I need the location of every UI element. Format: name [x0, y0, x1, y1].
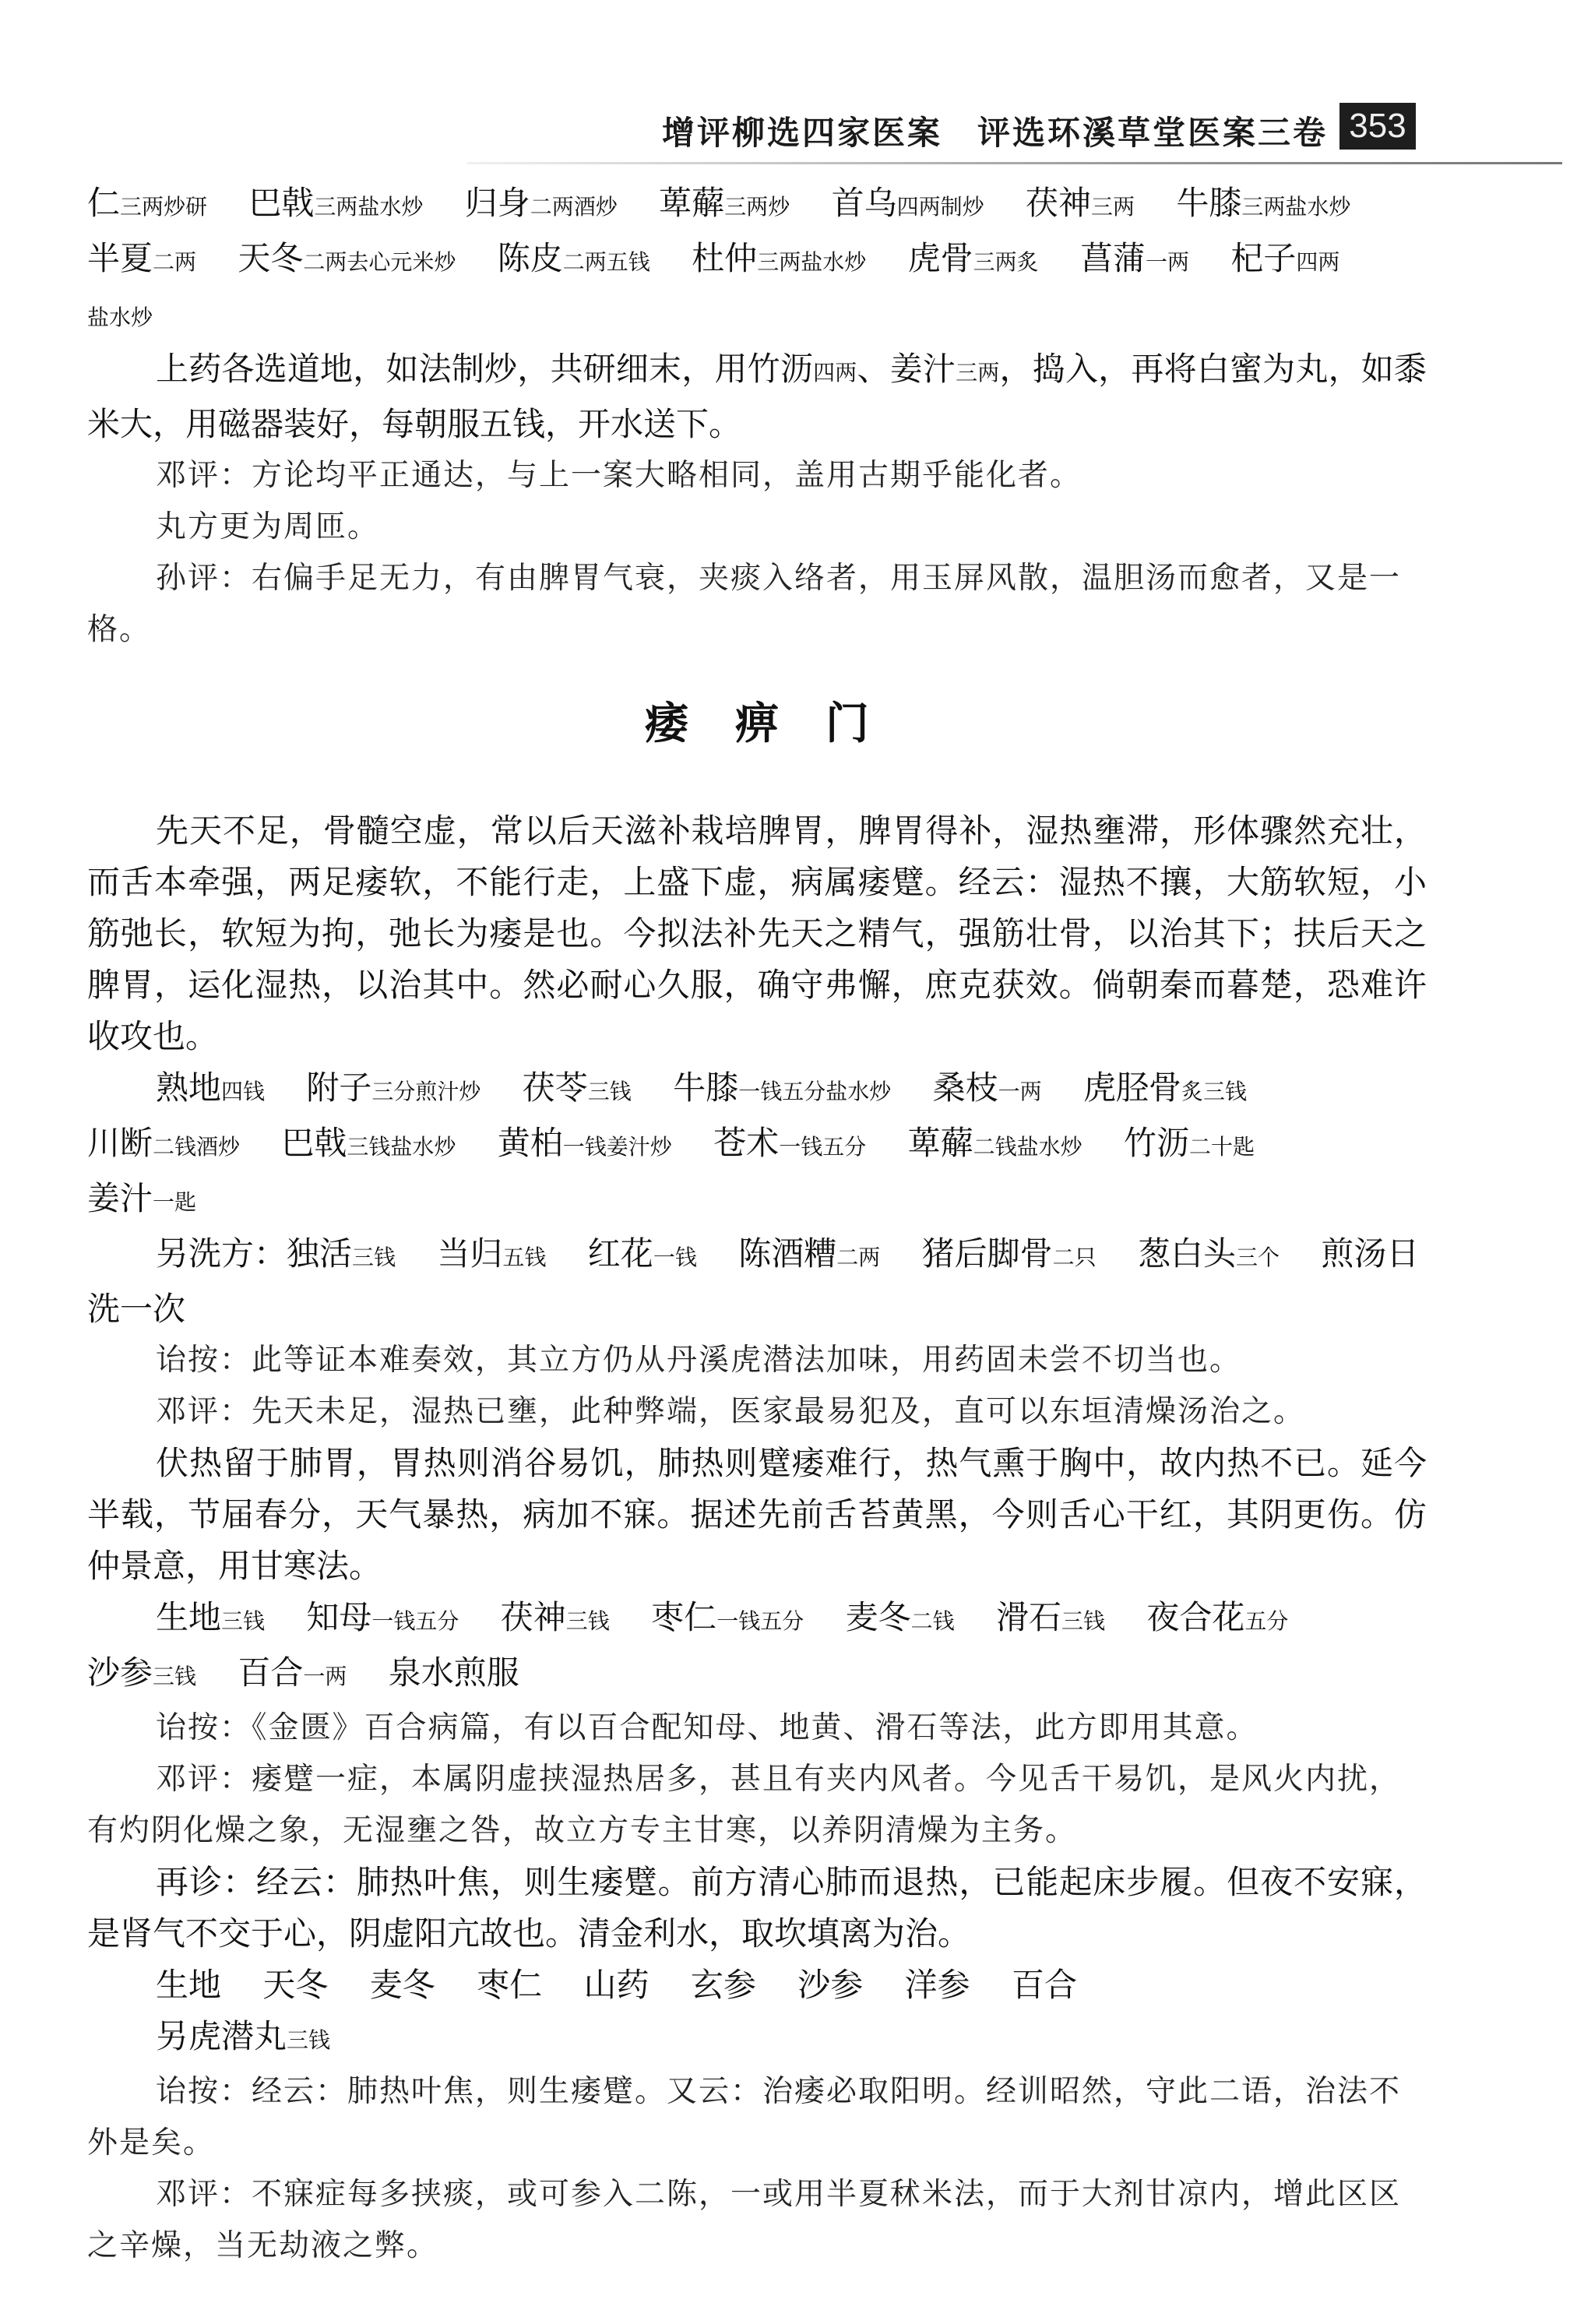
herb-dose: 三钱	[352, 1245, 396, 1270]
herb-name: 陈皮	[498, 239, 563, 277]
herb-name: 熟地	[156, 1069, 221, 1107]
herb-name: 竹沥	[1124, 1124, 1189, 1162]
herb-name: 枣仁	[651, 1598, 716, 1636]
herb-item: 归身二两酒炒	[465, 184, 618, 222]
herb-item: 杜仲三两盐水炒	[692, 239, 866, 277]
herb-dose: 二两去心元米炒	[303, 249, 456, 275]
revisit-herb-list: 生地 天冬 麦冬 枣仁 山药 玄参 沙参 洋参 百合	[87, 1960, 1427, 2011]
zhi-commentary: 诒按：此等证本难奏效，其立方仍从丹溪虎潜法加味，用药固未尝不切当也。	[87, 1335, 1427, 1386]
herb-item: 生地	[156, 1966, 221, 2004]
herb-item: 陈皮二两五钱	[498, 239, 650, 277]
herb-name: 菖蒲	[1080, 239, 1146, 277]
running-title: 增评柳选四家医案 评选环溪草堂医案三卷	[662, 107, 1328, 154]
herb-name: 洋参	[905, 1966, 970, 2004]
case-description: 伏热留于肺胃，胃热则消谷易饥，肺热则躄痿难行，热气熏于胸中，故内热不已。延今半载…	[87, 1438, 1427, 1592]
herb-item: 夜合花五分	[1146, 1598, 1288, 1636]
herb-item: 桑枝一两	[933, 1069, 1042, 1107]
herb-item: 陈酒糟二两	[738, 1234, 880, 1273]
herb-item: 茯神三钱	[501, 1598, 610, 1636]
herb-dose: 一钱五分	[371, 1608, 459, 1634]
herb-dose: 三钱	[153, 1664, 196, 1689]
herb-item: 沙参	[797, 1966, 863, 2004]
sun-commentary: 孙评：右偏手足无力，有由脾胃气衰，夹痰入络者，用玉屏风散，温胆汤而愈者，又是一格…	[87, 553, 1427, 656]
herb-item: 枣仁	[477, 1966, 542, 2004]
herb-name: 虎骨	[908, 239, 973, 277]
herb-name: 天冬	[262, 1966, 328, 2004]
herb-item: 牛膝一钱五分盐水炒	[673, 1069, 891, 1107]
herb-item: 萆薢二钱盐水炒	[908, 1124, 1082, 1162]
herb-name: 附子	[306, 1069, 371, 1107]
herb-item: 苍术一钱五分	[713, 1124, 866, 1162]
herb-list-line: 盐水炒	[87, 288, 1427, 343]
herb-dose: 一钱五分盐水炒	[738, 1079, 891, 1104]
herb-name: 巴戟	[248, 184, 314, 222]
herb-dose: 三两炒研	[120, 194, 207, 220]
herb-name: 牛膝	[673, 1069, 738, 1107]
herb-name: 萆薢	[659, 184, 724, 222]
herb-dose: 一钱	[653, 1245, 697, 1270]
herb-dose: 三两盐水炒	[757, 249, 866, 275]
herb-item: 滑石三钱	[996, 1598, 1105, 1636]
herb-dose: 一钱五分	[779, 1134, 866, 1160]
herb-item: 附子三分煎汁炒	[306, 1069, 481, 1107]
herb-name: 姜汁	[87, 1179, 153, 1217]
extra-pill: 另虎潜丸三钱	[87, 2011, 1427, 2066]
herb-name: 沙参	[797, 1966, 863, 2004]
herb-name: 麦冬	[370, 1966, 435, 2004]
herb-dose: 一钱五分	[716, 1608, 804, 1634]
herb-name: 玄参	[691, 1966, 756, 2004]
header-divider	[467, 162, 1562, 164]
herb-name: 当归	[437, 1234, 502, 1273]
herb-dose: 四两制炒	[897, 194, 984, 220]
herb-name: 虎胫骨	[1083, 1069, 1181, 1107]
herb-item: 猪后脚骨二只	[922, 1234, 1097, 1273]
herb-item: 洋参	[905, 1966, 970, 2004]
herb-item: 沙参三钱	[87, 1653, 196, 1692]
herb-name: 黄柏	[498, 1124, 563, 1162]
herb-name: 杜仲	[692, 239, 757, 277]
herb-item: 红花一钱	[588, 1234, 697, 1273]
section-heading: 痿痹门	[87, 693, 1427, 755]
prescription-instructions: 上药各选道地，如法制炒，共研细末，用竹沥四两、姜汁三两，捣入，再将白蜜为丸，如黍…	[87, 343, 1427, 450]
herb-item: 仁三两炒研	[87, 184, 207, 222]
herb-dose: 三钱盐水炒	[347, 1134, 456, 1160]
herb-name: 陈酒糟	[738, 1234, 836, 1273]
herb-name: 另虎潜丸	[156, 2017, 287, 2055]
herb-name: 茯神	[501, 1598, 566, 1636]
instructions-text: 上药各选道地，如法制炒，共研细末，用竹沥	[156, 350, 813, 388]
deng-commentary: 邓评：方论均平正通达，与上一案大略相同，盖用古期乎能化者。	[87, 450, 1427, 502]
herb-name: 半夏	[87, 239, 153, 277]
page-number-badge: 353	[1339, 103, 1416, 150]
herb-item: 当归五钱	[437, 1234, 546, 1273]
herb-name: 首乌	[832, 184, 897, 222]
herb-name: 仁	[87, 184, 120, 222]
page-body: 仁三两炒研 巴戟三两盐水炒 归身二两酒炒 萆薢三两炒 首乌四两制炒 茯神三两 牛…	[87, 178, 1427, 2272]
herb-item: 牛膝三两盐水炒	[1176, 184, 1350, 222]
herb-dose: 三钱	[588, 1079, 632, 1104]
herb-name: 滑石	[996, 1598, 1061, 1636]
herb-item: 山药	[584, 1966, 649, 2004]
herb-dose: 二十匙	[1189, 1134, 1255, 1160]
herb-list: 熟地四钱 附子三分煎汁炒 茯苓三钱 牛膝一钱五分盐水炒 桑枝一两 虎胫骨炙三钱 …	[87, 1062, 1427, 1228]
herb-item: 杞子四两	[1230, 239, 1339, 277]
herb-name: 牛膝	[1176, 184, 1241, 222]
herb-dose: 一两	[303, 1664, 347, 1689]
herb-dose: 四两	[813, 360, 857, 386]
herb-dose: 三钱	[1061, 1608, 1105, 1634]
deng-commentary: 邓评：先天未足，湿热已壅，此种弊端，医家最易犯及，直可以东垣清燥汤治之。	[87, 1386, 1427, 1438]
herb-name: 杞子	[1230, 239, 1296, 277]
herb-list-line: 半夏二两 天冬二两去心元米炒 陈皮二两五钱 杜仲三两盐水炒 虎骨三两炙 菖蒲一两…	[87, 233, 1427, 288]
herb-name: 沙参	[87, 1653, 153, 1692]
herb-dose: 炙三钱	[1181, 1079, 1247, 1104]
herb-dose: 二钱盐水炒	[973, 1134, 1082, 1160]
herb-item: 巴戟三钱盐水炒	[281, 1124, 456, 1162]
herb-item: 独活三钱	[287, 1234, 396, 1273]
herb-dose: 二两	[153, 249, 196, 275]
herb-item: 天冬二两去心元米炒	[238, 239, 456, 277]
herb-list: 生地三钱 知母一钱五分 茯神三钱 枣仁一钱五分 麦冬二钱 滑石三钱 夜合花五分 …	[87, 1592, 1427, 1703]
case-description: 先天不足，骨髓空虚，常以后天滋补栽培脾胃，脾胃得补，湿热壅滞，形体骤然充壮，而舌…	[87, 805, 1427, 1062]
herb-item: 茯神三两	[1026, 184, 1135, 222]
herb-dose: 二两酒炒	[530, 194, 618, 220]
herb-name: 百合	[238, 1653, 303, 1692]
herb-item: 麦冬二钱	[846, 1598, 955, 1636]
herb-dose: 五钱	[502, 1245, 546, 1270]
herb-item: 玄参	[691, 1966, 756, 2004]
herb-name: 天冬	[238, 239, 303, 277]
herb-dose: 四两	[1296, 249, 1339, 275]
herb-item: 生地三钱	[156, 1598, 265, 1636]
herb-dose: 三分煎汁炒	[371, 1079, 481, 1104]
herb-item: 首乌四两制炒	[832, 184, 984, 222]
herb-dose: 二只	[1053, 1245, 1097, 1270]
zhi-commentary: 诒按：经云：肺热叶焦，则生痿躄。又云：治痿必取阳明。经训昭然，守此二语，治法不外…	[87, 2066, 1427, 2169]
herb-dose: 二钱酒炒	[153, 1134, 240, 1160]
prescription-label: 另洗方：	[156, 1234, 287, 1273]
herb-item: 虎骨三两炙	[908, 239, 1039, 277]
herb-name: 归身	[465, 184, 530, 222]
herb-dose: 三两盐水炒	[314, 194, 423, 220]
herb-dose: 二两	[836, 1245, 880, 1270]
herb-name: 桑枝	[933, 1069, 998, 1107]
herb-dose: 二两五钱	[563, 249, 650, 275]
herb-dose: 三钱	[566, 1608, 610, 1634]
herb-dose: 一钱姜汁炒	[563, 1134, 672, 1160]
herb-item: 虎胫骨炙三钱	[1083, 1069, 1247, 1107]
herb-name: 独活	[287, 1234, 352, 1273]
herb-name: 巴戟	[281, 1124, 347, 1162]
herb-item: 川断二钱酒炒	[87, 1124, 240, 1162]
herb-dose: 三两	[956, 360, 999, 386]
herb-name: 夜合花	[1146, 1598, 1244, 1636]
herb-dose: 三两盐水炒	[1241, 194, 1350, 220]
herb-dose: 三个	[1236, 1245, 1280, 1270]
herb-name: 红花	[588, 1234, 653, 1273]
herb-item: 半夏二两	[87, 239, 196, 277]
herb-dose: 一两	[1146, 249, 1189, 275]
herb-name: 山药	[584, 1966, 649, 2004]
herb-item: 百合	[1012, 1966, 1077, 2004]
herb-name: 麦冬	[846, 1598, 911, 1636]
herb-item: 茯苓三钱	[523, 1069, 632, 1107]
herb-name: 茯苓	[523, 1069, 588, 1107]
herb-item: 竹沥二十匙	[1124, 1124, 1255, 1162]
herb-name: 茯神	[1026, 184, 1091, 222]
herb-name: 苍术	[713, 1124, 779, 1162]
herb-name: 百合	[1012, 1966, 1077, 2004]
herb-item: 黄柏一钱姜汁炒	[498, 1124, 672, 1162]
revisit-description: 再诊：经云：肺热叶焦，则生痿躄。前方清心肺而退热，已能起床步履。但夜不安寐，是肾…	[87, 1857, 1427, 1960]
herb-item: 天冬	[262, 1966, 328, 2004]
deng-commentary: 邓评：不寐症每多挟痰，或可参入二陈，一或用半夏秫米法，而于大剂甘凉内，增此区区之…	[87, 2169, 1427, 2272]
herb-item: 萆薢三两炒	[659, 184, 790, 222]
herb-item: 熟地四钱	[156, 1069, 265, 1107]
herb-item: 葱白头三个	[1138, 1234, 1280, 1273]
herb-name: 枣仁	[477, 1966, 542, 2004]
herb-name: 萆薢	[908, 1124, 973, 1162]
herb-dose: 一两	[998, 1079, 1042, 1104]
zhi-commentary: 诒按：《金匮》百合病篇，有以百合配知母、地黄、滑石等法，此方即用其意。	[87, 1703, 1427, 1754]
herb-item: 姜汁一匙	[87, 1179, 196, 1217]
herb-name: 生地	[156, 1598, 221, 1636]
herb-item: 麦冬	[370, 1966, 435, 2004]
deng-commentary: 邓评：痿躄一症，本属阴虚挟湿热居多，甚且有夹内风者。今见舌干易饥，是风火内扰，有…	[87, 1754, 1427, 1857]
herb-dose: 一匙	[153, 1189, 196, 1215]
herb-dose: 盐水炒	[87, 305, 153, 330]
herb-list-line: 仁三两炒研 巴戟三两盐水炒 归身二两酒炒 萆薢三两炒 首乌四两制炒 茯神三两 牛…	[87, 178, 1427, 233]
herb-dose: 三两	[1091, 194, 1135, 220]
herb-name: 猪后脚骨	[922, 1234, 1053, 1273]
herb-item: 知母一钱五分	[306, 1598, 459, 1636]
pill-commentary: 丸方更为周匝。	[87, 502, 1427, 553]
wash-prescription: 另洗方：独活三钱 当归五钱 红花一钱 陈酒糟二两 猪后脚骨二只 葱白头三个 煎汤…	[87, 1228, 1427, 1335]
herb-dose: 三两炒	[724, 194, 790, 220]
herb-item: 巴戟三两盐水炒	[248, 184, 423, 222]
instructions-text: 、姜汁	[857, 350, 956, 388]
herb-name: 葱白头	[1138, 1234, 1236, 1273]
herb-dose: 三钱	[221, 1608, 265, 1634]
prescription-tail: 泉水煎服	[389, 1653, 519, 1692]
herb-item: 枣仁一钱五分	[651, 1598, 804, 1636]
herb-name: 川断	[87, 1124, 153, 1162]
herb-item: 菖蒲一两	[1080, 239, 1189, 277]
herb-dose: 三两炙	[973, 249, 1039, 275]
herb-dose: 四钱	[221, 1079, 265, 1104]
herb-item: 百合一两	[238, 1653, 347, 1692]
herb-name: 知母	[306, 1598, 371, 1636]
herb-dose: 五分	[1244, 1608, 1288, 1634]
page-header: 增评柳选四家医案 评选环溪草堂医案三卷 353	[0, 103, 1425, 157]
herb-name: 生地	[156, 1966, 221, 2004]
herb-dose: 二钱	[911, 1608, 955, 1634]
herb-dose: 三钱	[287, 2027, 330, 2053]
